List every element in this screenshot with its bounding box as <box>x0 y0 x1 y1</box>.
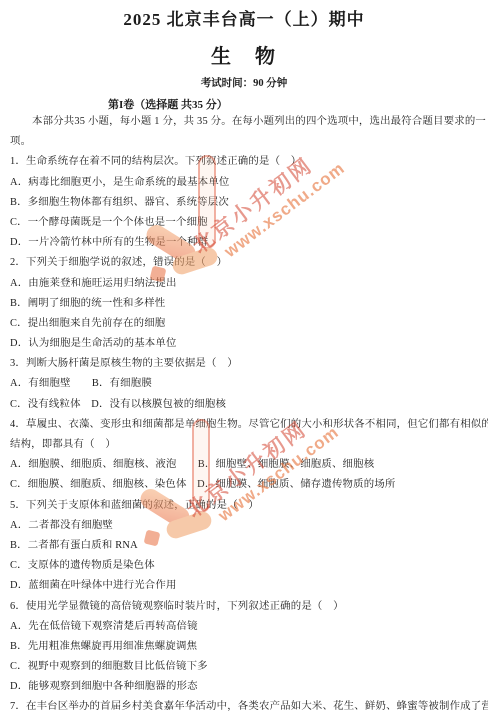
exam-line: B．先用粗准焦螺旋再用细准焦螺旋调焦 <box>10 637 478 657</box>
exam-line: 3．判断大肠杆菌是原核生物的主要依据是（ ） <box>10 354 478 374</box>
exam-line: A．病毒比细胞更小，是生命系统的最基本单位 <box>10 173 478 193</box>
exam-line: 7．在丰台区举办的首届乡村美食嘉年华活动中，各类农产品如大米、花生、鲜奶、蜂蜜等… <box>10 697 478 717</box>
section-heading: 第I卷（选择题 共35 分） <box>10 98 478 112</box>
exam-line: A．先在低倍镜下观察清楚后再转高倍镜 <box>10 617 478 637</box>
exam-line: 2．下列关于细胞学说的叙述，错误的是（ ） <box>10 253 478 273</box>
exam-line: 4．草履虫、衣藻、变形虫和细菌都是单细胞生物。尽管它们的大小和形状各不相同，但它… <box>10 415 478 435</box>
question-lines: 本部分共35 小题，每小题 1 分，共 35 分。在每小题列出的四个选项中，选出… <box>10 112 478 718</box>
exam-line: C．一个酵母菌既是一个个体也是一个细胞 <box>10 213 478 233</box>
exam-line: B．阐明了细胞的统一性和多样性 <box>10 294 478 314</box>
exam-line: 1．生命系统存在着不同的结构层次。下列叙述正确的是（ ） <box>10 152 478 172</box>
exam-line: D．能够观察到细胞中各种细胞器的形态 <box>10 677 478 697</box>
exam-document-page: 北京小升初网 www.xschu.com 北京小升初网 www.xschu.co… <box>0 0 488 723</box>
exam-line: 5．下列关于支原体和蓝细菌的叙述，正确的是（ ） <box>10 496 478 516</box>
exam-line: A．有细胞壁 B．有细胞膜 <box>10 374 478 394</box>
page-title: 2025 北京丰台高一（上）期中 <box>0 0 488 32</box>
exam-line: 本部分共35 小题，每小题 1 分，共 35 分。在每小题列出的四个选项中，选出… <box>10 112 478 132</box>
exam-line: D．蓝细菌在叶绿体中进行光合作用 <box>10 576 478 596</box>
exam-line: 结构，即都具有（ ） <box>10 435 478 455</box>
exam-content: 第I卷（选择题 共35 分） 本部分共35 小题，每小题 1 分，共 35 分。… <box>10 98 478 718</box>
exam-line: C．细胞膜、细胞质、细胞核、染色体 D．细胞膜、细胞质、储存遗传物质的场所 <box>10 475 478 495</box>
exam-line: A．细胞膜、细胞质、细胞核、液泡 B．细胞壁、细胞膜、细胞质、细胞核 <box>10 455 478 475</box>
exam-line: C．支原体的遗传物质是染色体 <box>10 556 478 576</box>
exam-line: B．多细胞生物体都有组织、器官、系统等层次 <box>10 193 478 213</box>
exam-line: C．视野中观察到的细胞数目比低倍镜下多 <box>10 657 478 677</box>
exam-line: C．没有线粒体 D．没有以核膜包被的细胞核 <box>10 395 478 415</box>
exam-line: A．由施莱登和施旺运用归纳法提出 <box>10 274 478 294</box>
exam-line: 项。 <box>10 132 478 152</box>
exam-line: D．一片冷箭竹林中所有的生物是一个种群 <box>10 233 478 253</box>
subject-title: 生 物 <box>0 45 488 69</box>
exam-duration: 考试时间：90 分钟 <box>0 77 488 91</box>
exam-line: B．二者都有蛋白质和 RNA <box>10 536 478 556</box>
exam-line: D．认为细胞是生命活动的基本单位 <box>10 334 478 354</box>
exam-line: 6．使用光学显微镜的高倍镜观察临时装片时，下列叙述正确的是（ ） <box>10 597 478 617</box>
exam-line: A．二者都没有细胞壁 <box>10 516 478 536</box>
exam-line: C．提出细胞来自先前存在的细胞 <box>10 314 478 334</box>
